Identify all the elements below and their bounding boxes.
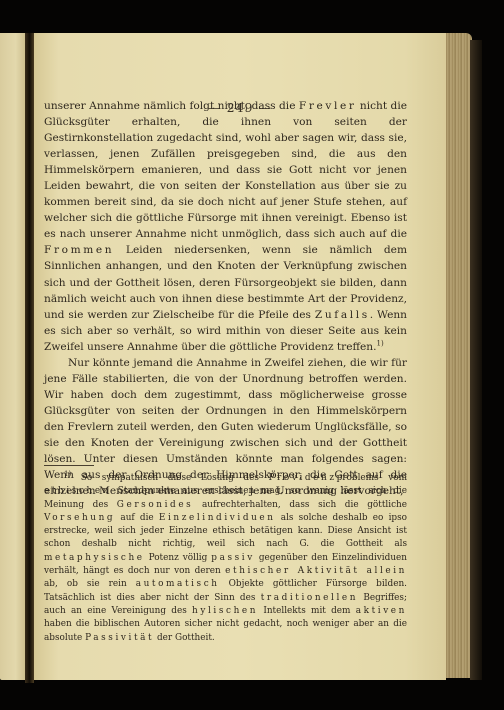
emphasized-text: aktiven — [356, 606, 407, 616]
emphasized-text: metaphysische — [44, 553, 145, 563]
emphasized-text: Einzelindividuen — [159, 513, 276, 523]
text-run: Potenz völlig — [145, 553, 212, 563]
left-page-edge — [0, 33, 26, 680]
emphasized-text: Providenz — [268, 473, 336, 483]
page-stack-edges — [446, 33, 472, 678]
text-run: ab, ob sie rein — [44, 579, 136, 589]
text-run: nicht die Glücksgüter erhalten, die ihne… — [44, 100, 407, 240]
text-run: auf die — [115, 513, 159, 523]
text-run: aufrechterhalten, dass sich die göttlich… — [193, 500, 407, 510]
footnote: 1) So sympathisch diese Lösung des Provi… — [44, 472, 407, 645]
footnote-marker: 1) — [377, 339, 384, 347]
emphasized-text: Frommen — [44, 244, 114, 256]
emphasized-text: passiv — [211, 553, 255, 563]
book-cover-edge — [470, 40, 482, 680]
body-text: unserer Annahme nämlich folgt nicht, das… — [44, 98, 407, 499]
emphasized-text: Frevler — [299, 100, 357, 112]
footnote-text: 1) So sympathisch diese Lösung des Provi… — [44, 472, 407, 645]
text-run: So sympathisch diese Lösung des — [71, 473, 268, 483]
emphasized-text: ethischer Aktivität allein — [225, 566, 407, 576]
emphasized-text: Zufalls — [315, 309, 370, 321]
emphasized-text: Passivität — [85, 633, 154, 643]
emphasized-text: automatisch — [136, 579, 220, 589]
emphasized-text: Vorsehung — [44, 513, 115, 523]
emphasized-text: ethischen — [44, 486, 111, 496]
text-run: unserer Annahme nämlich folgt nicht, das… — [44, 100, 299, 112]
emphasized-text: traditionellen — [261, 593, 358, 603]
text-run: problems vom — [337, 473, 407, 483]
book-gutter — [25, 33, 34, 683]
emphasized-text: Gersonides — [117, 500, 194, 510]
emphasized-text: hylischen — [192, 606, 258, 616]
paragraph-1: unserer Annahme nämlich folgt nicht, das… — [44, 98, 407, 355]
footnote-divider — [44, 465, 94, 466]
text-run: der Gottheit. — [154, 633, 215, 643]
text-run: Intellekts mit dem — [258, 606, 356, 616]
